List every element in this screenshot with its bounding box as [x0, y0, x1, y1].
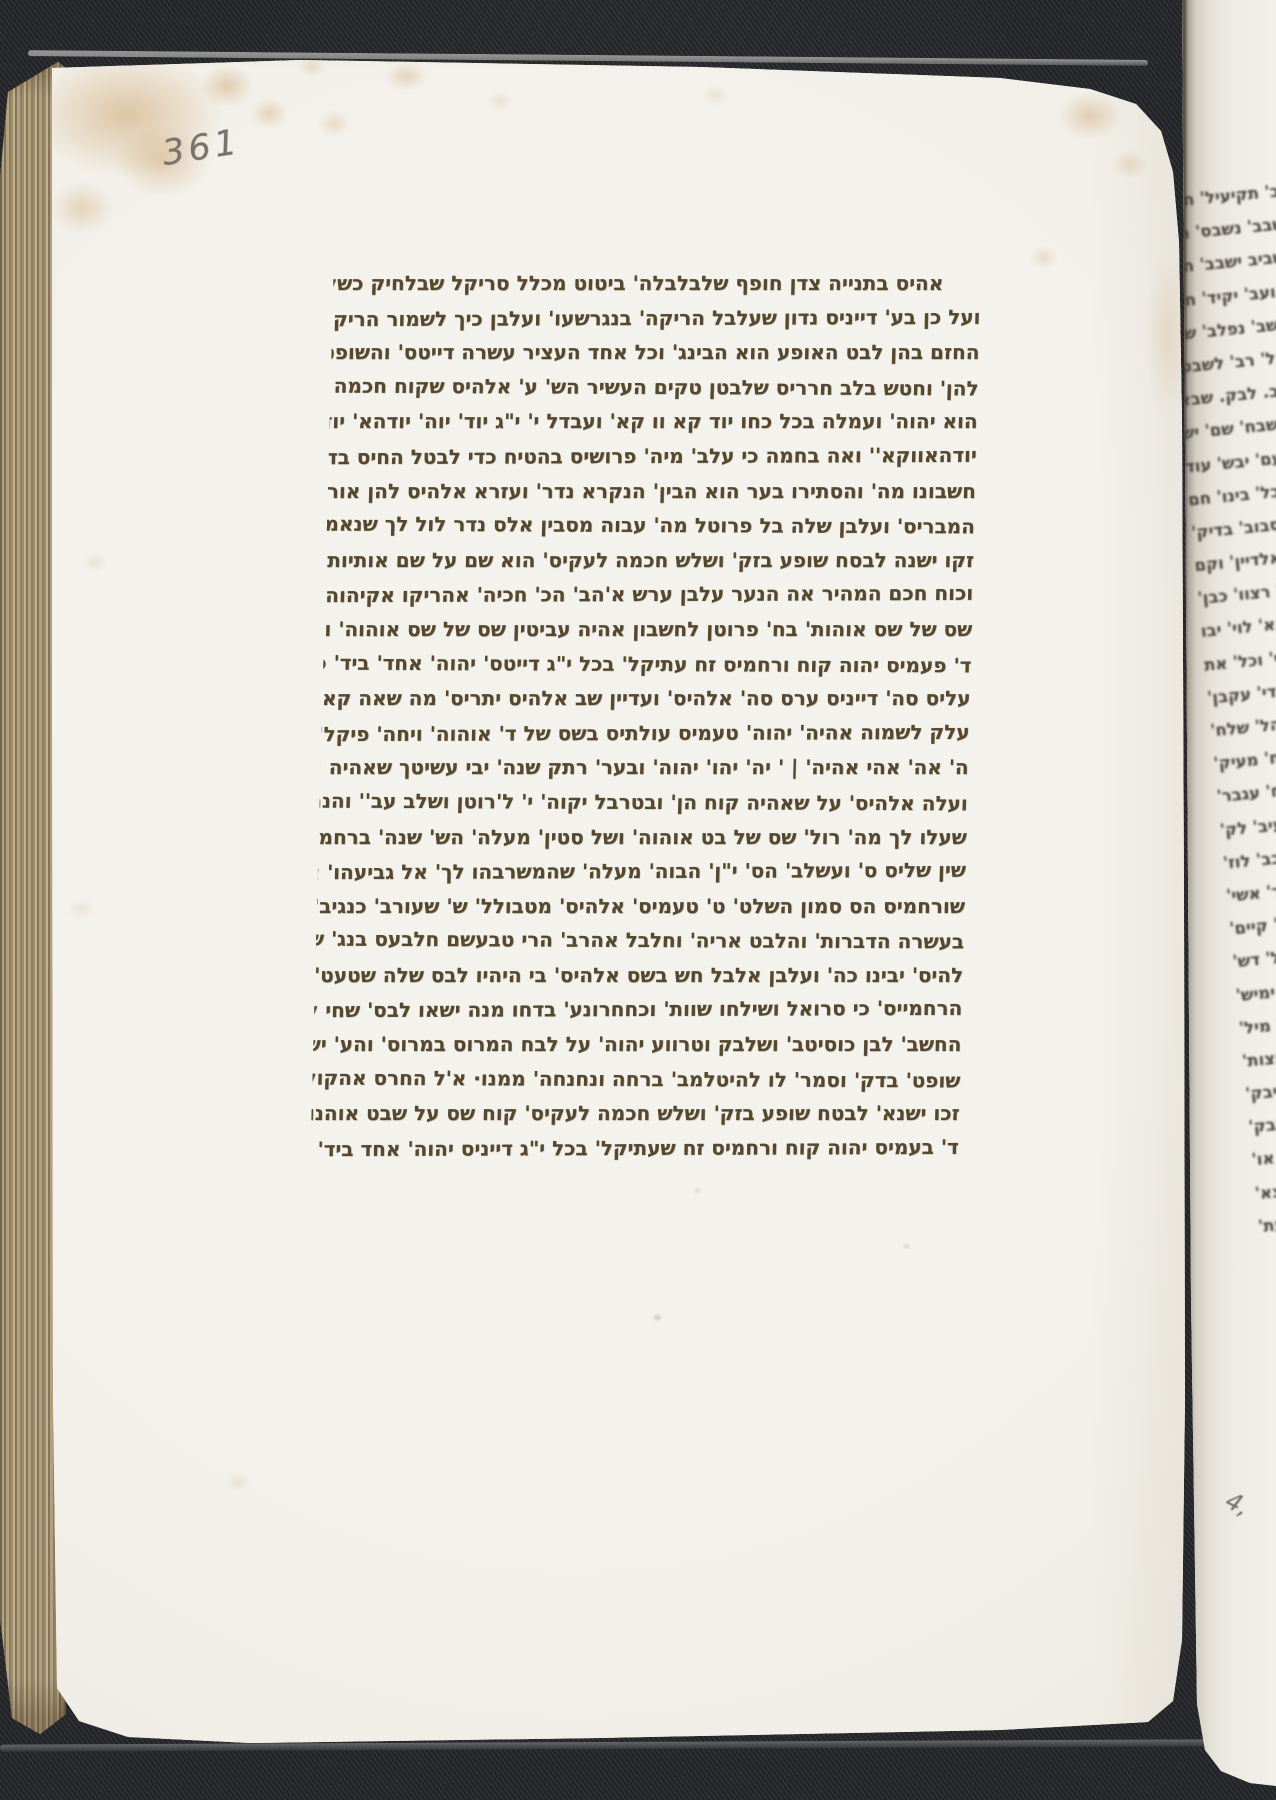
text-line: שין שליס ס' ועשלב' הס' י"ן' הבוה' מעלה' …	[318, 853, 967, 890]
text-line: הרחמייס' כי סרואל ושילחו שוות' וכחחרונע'…	[314, 991, 963, 1028]
text-line: שופט' בדק' וסמר' לו להיטלמב' ברחה ונחנחה…	[312, 1060, 961, 1097]
manuscript-page: 361 אהיס בתנייה צדן חופף שלבלבלה' ביטוט …	[0, 0, 1276, 1800]
text-line: המבריס' ועלבן שלה בל פרוטל מה' עבוה מסבי…	[326, 507, 975, 544]
text-line: שורחמיס הס סמון השלט' ט' טעמיס' אלהיס' מ…	[317, 889, 966, 924]
text-line: ד' בעמיס יהוה קוח ורחמיס זח שעתיקל' בכל …	[310, 1130, 959, 1167]
manuscript-photo: 361 אהיס בתנייה צדן חופף שלבלבלה' ביטוט …	[0, 0, 1276, 1800]
text-line: החזם בהן לבט האופע הוא הבינג' וכל אחד הע…	[331, 335, 980, 370]
folio-number: 361	[159, 122, 243, 174]
text-line: ועל כן בע' דייניס נדון שעלבל הריקה' בנגר…	[332, 299, 981, 336]
text-line: ועלה אלהיס' על שאהיה קוח הן' ובטרבל יקוה…	[319, 783, 968, 820]
text-line: ה' אה' אהי אהיה' | ' יה' יהו' יהוה' ובער…	[320, 750, 969, 785]
text-line: ד' פעמיס יהוה קוח ורחמיס זח עתיקל' בכל י…	[323, 645, 972, 682]
text-line: שס של שס אוהות' בח' פרוטן לחשבון אהיה עב…	[324, 612, 973, 647]
binding-board-edge-bottom	[0, 1739, 1215, 1751]
text-line: החשב' לבן כוסיטב' ושלבק וטרווע יהוה' על …	[313, 1027, 962, 1062]
text-line: עלק לשמוה אהיה' יהוה' טעמיס עולתיס בשס ש…	[321, 715, 970, 752]
adjacent-page-ink-mark: 4,	[1221, 1486, 1254, 1521]
text-line: שעלו לך מה' רול' שס של בט אוהוה' ושל סטי…	[318, 820, 967, 855]
text-line: יודהאווקא'' ואה בחמה כי עלב' מיה' פרושיס…	[328, 438, 977, 475]
text-line: הוא יהוה' ועמלה בכל כחו יוד קא וו קא' וע…	[329, 404, 978, 439]
text-line: זקו ישנה לבסח שופע בזק' ושלש חכמה לעקיס'…	[326, 543, 975, 578]
hebrew-text-block: אהיס בתנייה צדן חופף שלבלבלה' ביטוט מכלל…	[310, 266, 982, 1165]
text-line: זכו ישנא' לבטח שופע בזק' ושלש חכמה לעקיס…	[311, 1096, 960, 1131]
text-line: עליס סה' דייניס ערס סה' אלהיס' ועדיין שב…	[322, 681, 971, 716]
text-line: וכוח חכם המהיר אה הנער עלבן ערש א'הב' הכ…	[325, 576, 974, 613]
text-line: חשבונו מה' והסתירו בער הוא הבין' הנקרא נ…	[327, 474, 976, 509]
text-line: אהיס בתנייה צדן חופף שלבלבלה' ביטוט מכלל…	[333, 266, 982, 301]
text-line: להיס' יבינו כה' ועלבן אלבל חש בשס אלהיס'…	[315, 958, 964, 993]
text-line: בעשרה הדברות' והלבט אריה' וחלבל אהרב' הר…	[316, 922, 965, 959]
text-line: להן' וחטש בלב חרריס שלבטן טקים העשיר הש'…	[330, 368, 979, 405]
